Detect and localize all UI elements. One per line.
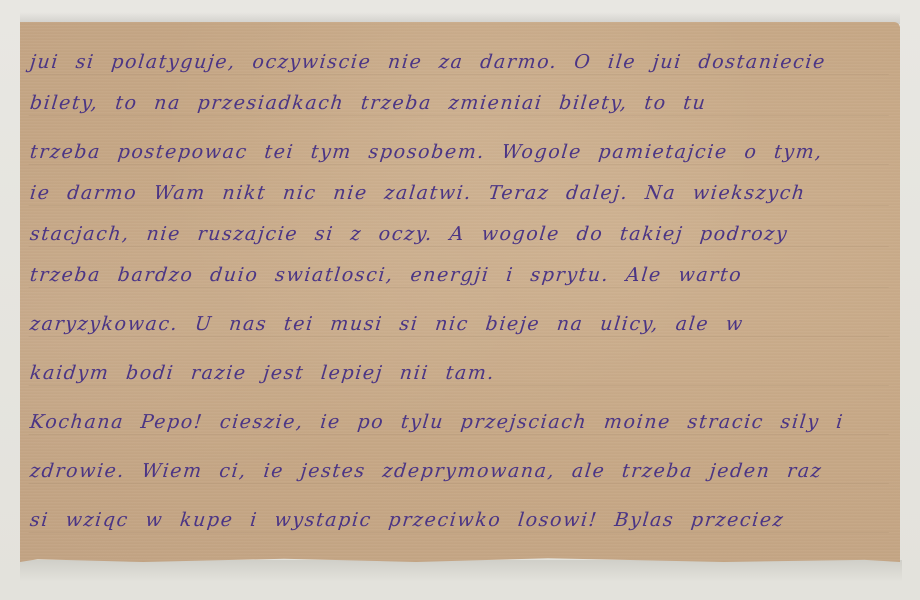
paper-bottom-shadow	[20, 560, 902, 582]
ruled-line	[29, 287, 889, 288]
line-text: kaidym bodi razie jest lepiej nii tam.	[29, 362, 496, 384]
text-line-10: zdrowie. Wiem ci, ie jestes zdeprymowana…	[28, 451, 892, 492]
text-line-11: si wziqc w kupe i wystapic przeciwko los…	[28, 500, 892, 541]
line-text: si wziqc w kupe i wystapic przeciwko los…	[29, 509, 786, 531]
ruled-line	[29, 385, 889, 386]
ruled-line	[29, 434, 889, 435]
ruled-line	[29, 246, 889, 247]
ruled-line	[29, 483, 889, 484]
ruled-line	[29, 205, 889, 206]
text-line-7: zaryzykowac. U nas tei musi si nic bieje…	[28, 304, 892, 345]
handwritten-text: jui si polatyguje, oczywiscie nie za dar…	[30, 42, 890, 541]
ruled-line	[29, 532, 889, 533]
text-line-3: trzeba postepowac tei tym sposobem. Wogo…	[28, 132, 892, 173]
line-text: trzeba bardzo duio swiatlosci, energji i…	[29, 264, 744, 286]
line-text: zdrowie. Wiem ci, ie jestes zdeprymowana…	[29, 460, 824, 482]
text-line-9: Kochana Pepo! cieszie, ie po tylu przejs…	[28, 402, 892, 443]
line-text: trzeba postepowac tei tym sposobem. Wogo…	[29, 141, 824, 163]
text-line-2: bilety, to na przesiadkach trzeba zmieni…	[28, 83, 892, 124]
line-text: zaryzykowac. U nas tei musi si nic bieje…	[29, 313, 745, 335]
text-line-6: trzeba bardzo duio swiatlosci, energji i…	[28, 255, 892, 296]
line-text: Kochana Pepo! cieszie, ie po tylu przejs…	[29, 411, 845, 433]
ruled-line	[29, 164, 889, 165]
line-text: stacjach, nie ruszajcie si z oczy. A wog…	[29, 223, 789, 245]
line-text: bilety, to na przesiadkach trzeba zmieni…	[29, 92, 708, 114]
ruled-line	[29, 74, 889, 75]
text-line-1: jui si polatyguje, oczywiscie nie za dar…	[28, 42, 892, 83]
ruled-line	[29, 336, 889, 337]
text-line-8: kaidym bodi razie jest lepiej nii tam.	[28, 353, 892, 394]
line-text: ie darmo Wam nikt nic nie zalatwi. Teraz…	[29, 182, 807, 204]
text-line-5: stacjach, nie ruszajcie si z oczy. A wog…	[28, 214, 892, 255]
ruled-line	[29, 115, 889, 116]
line-text: jui si polatyguje, oczywiscie nie za dar…	[29, 51, 827, 73]
letter-paper: jui si polatyguje, oczywiscie nie za dar…	[20, 22, 900, 562]
text-line-4: ie darmo Wam nikt nic nie zalatwi. Teraz…	[28, 173, 892, 214]
